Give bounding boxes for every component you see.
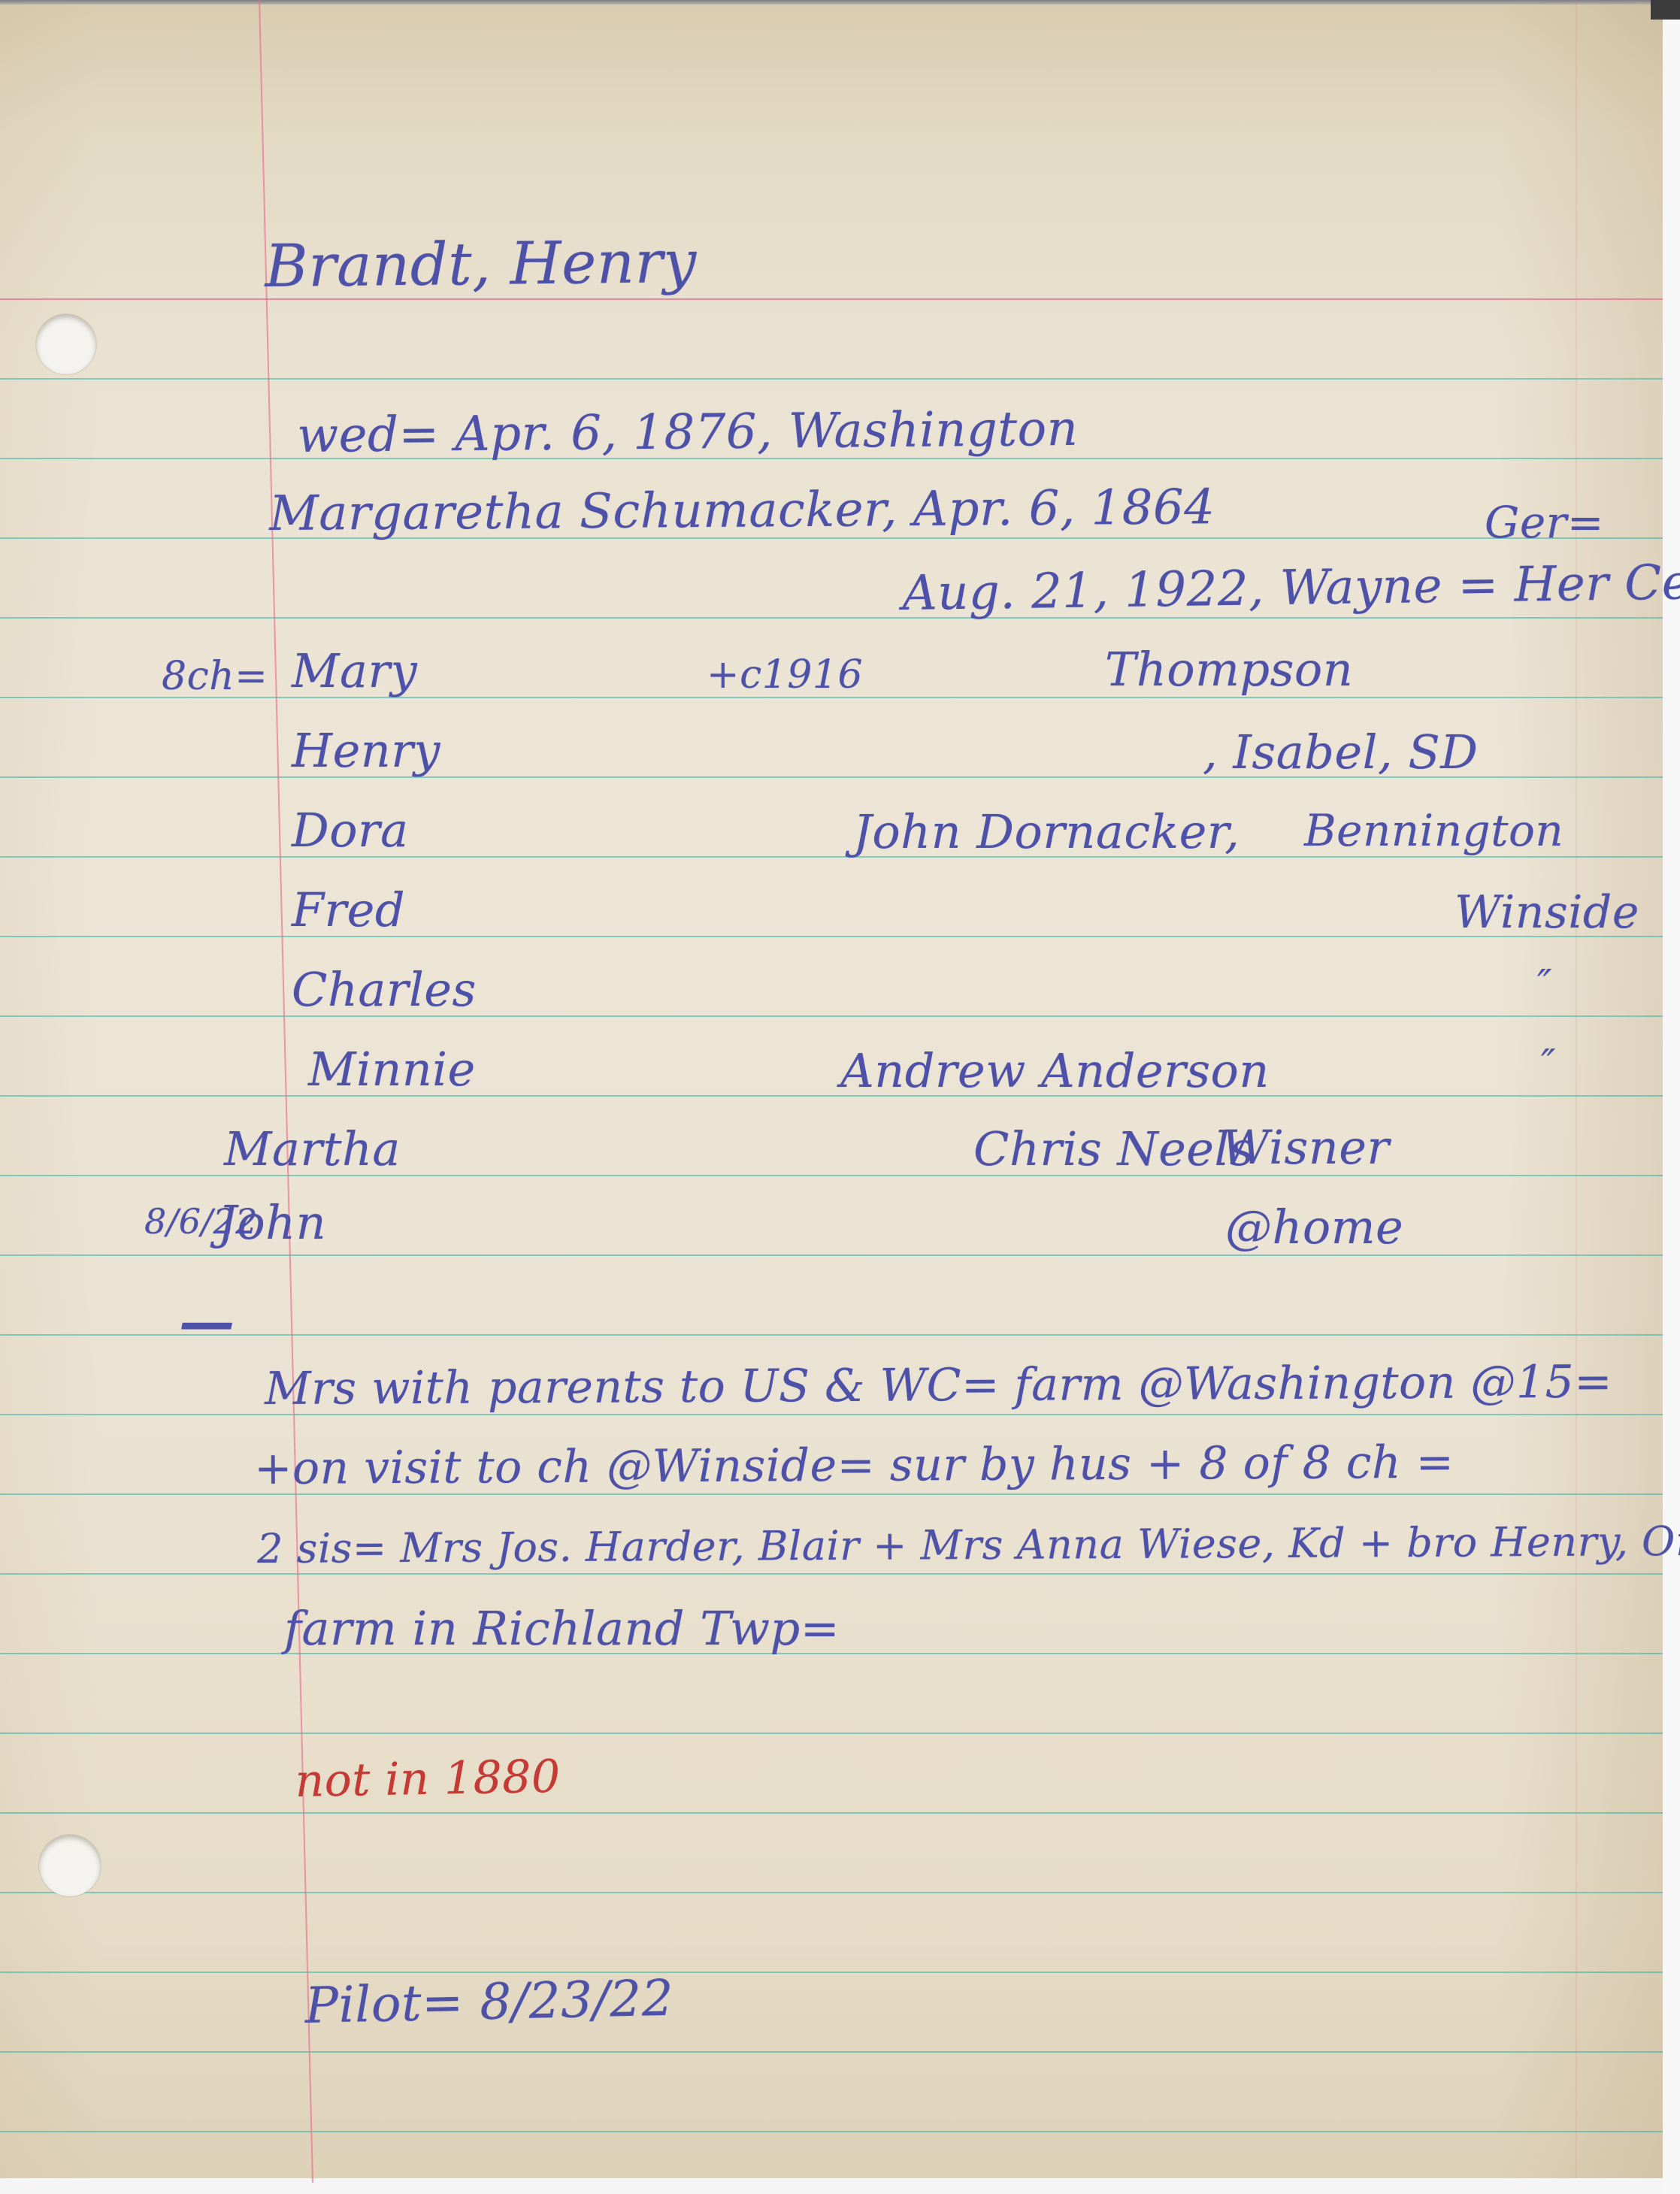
spouse-name-anderson: Andrew Anderson bbox=[840, 1048, 1270, 1094]
residence-ditto-1: ″ bbox=[1537, 965, 1552, 1004]
hole-punch-bottom bbox=[39, 1835, 101, 1896]
child-name-john: John bbox=[218, 1200, 326, 1246]
hole-punch-top bbox=[36, 314, 96, 374]
note-line-1: Mrs with parents to US & WC= farm @Washi… bbox=[265, 1360, 1612, 1412]
wife-line: Margaretha Schumacker, Apr. 6, 1864 bbox=[269, 483, 1215, 538]
residence-ditto-2: ″ bbox=[1541, 1045, 1556, 1084]
child-name-dora: Dora bbox=[292, 807, 409, 854]
residence-winside: Winside bbox=[1454, 890, 1639, 935]
marriage-line: wed= Apr. 6, 1876, Washington bbox=[297, 405, 1079, 460]
death-line: Aug. 21, 1922, Wayne = Her Cem bbox=[902, 558, 1680, 618]
note-line-3: 2 sis= Mrs Jos. Harder, Blair + Mrs Anna… bbox=[257, 1521, 1680, 1569]
child-name-henry: Henry bbox=[292, 728, 440, 774]
note-line-2: +on visit to ch @Winside= sur by hus + 8… bbox=[254, 1440, 1454, 1491]
child-death-note: +c1916 bbox=[707, 655, 863, 695]
children-count-label: 8ch= bbox=[162, 657, 268, 696]
scan-corner-notch bbox=[1651, 0, 1680, 20]
census-note: not in 1880 bbox=[295, 1754, 561, 1804]
child-name-fred: Fred bbox=[292, 887, 405, 934]
residence-isabel-sd: , Isabel, SD bbox=[1203, 729, 1479, 776]
scanned-note-card: Brandt, Henry wed= Apr. 6, 1876, Washing… bbox=[0, 0, 1680, 2194]
scan-edge-right bbox=[1663, 0, 1680, 2194]
residence-bennington: Bennington bbox=[1304, 809, 1563, 852]
note-line-4: farm in Richland Twp= bbox=[284, 1605, 840, 1652]
residence-at-home: @home bbox=[1225, 1204, 1403, 1251]
header-rule-pink bbox=[0, 298, 1663, 300]
paper-crease-line bbox=[1576, 0, 1577, 2178]
residence-wisner: Wisner bbox=[1221, 1124, 1390, 1171]
child-name-minnie: Minnie bbox=[308, 1046, 476, 1093]
spouse-name-neels: Chris Neels bbox=[973, 1126, 1254, 1173]
ruled-lines bbox=[0, 378, 1663, 2135]
separator-dash: — bbox=[179, 1294, 235, 1350]
child-name-martha: Martha bbox=[224, 1126, 401, 1173]
scan-edge-bottom bbox=[0, 2178, 1663, 2194]
child-name-mary: Mary bbox=[292, 648, 417, 695]
source-note: Pilot= 8/23/22 bbox=[304, 1974, 674, 2031]
spouse-name-thompson: Thompson bbox=[1105, 646, 1353, 693]
scan-edge-top bbox=[0, 0, 1680, 5]
wife-origin-note: Ger= bbox=[1485, 501, 1604, 544]
spouse-name-dornacker: John Dornacker, bbox=[853, 809, 1240, 855]
page-title: Brandt, Henry bbox=[265, 233, 697, 296]
child-name-charles: Charles bbox=[292, 967, 477, 1013]
